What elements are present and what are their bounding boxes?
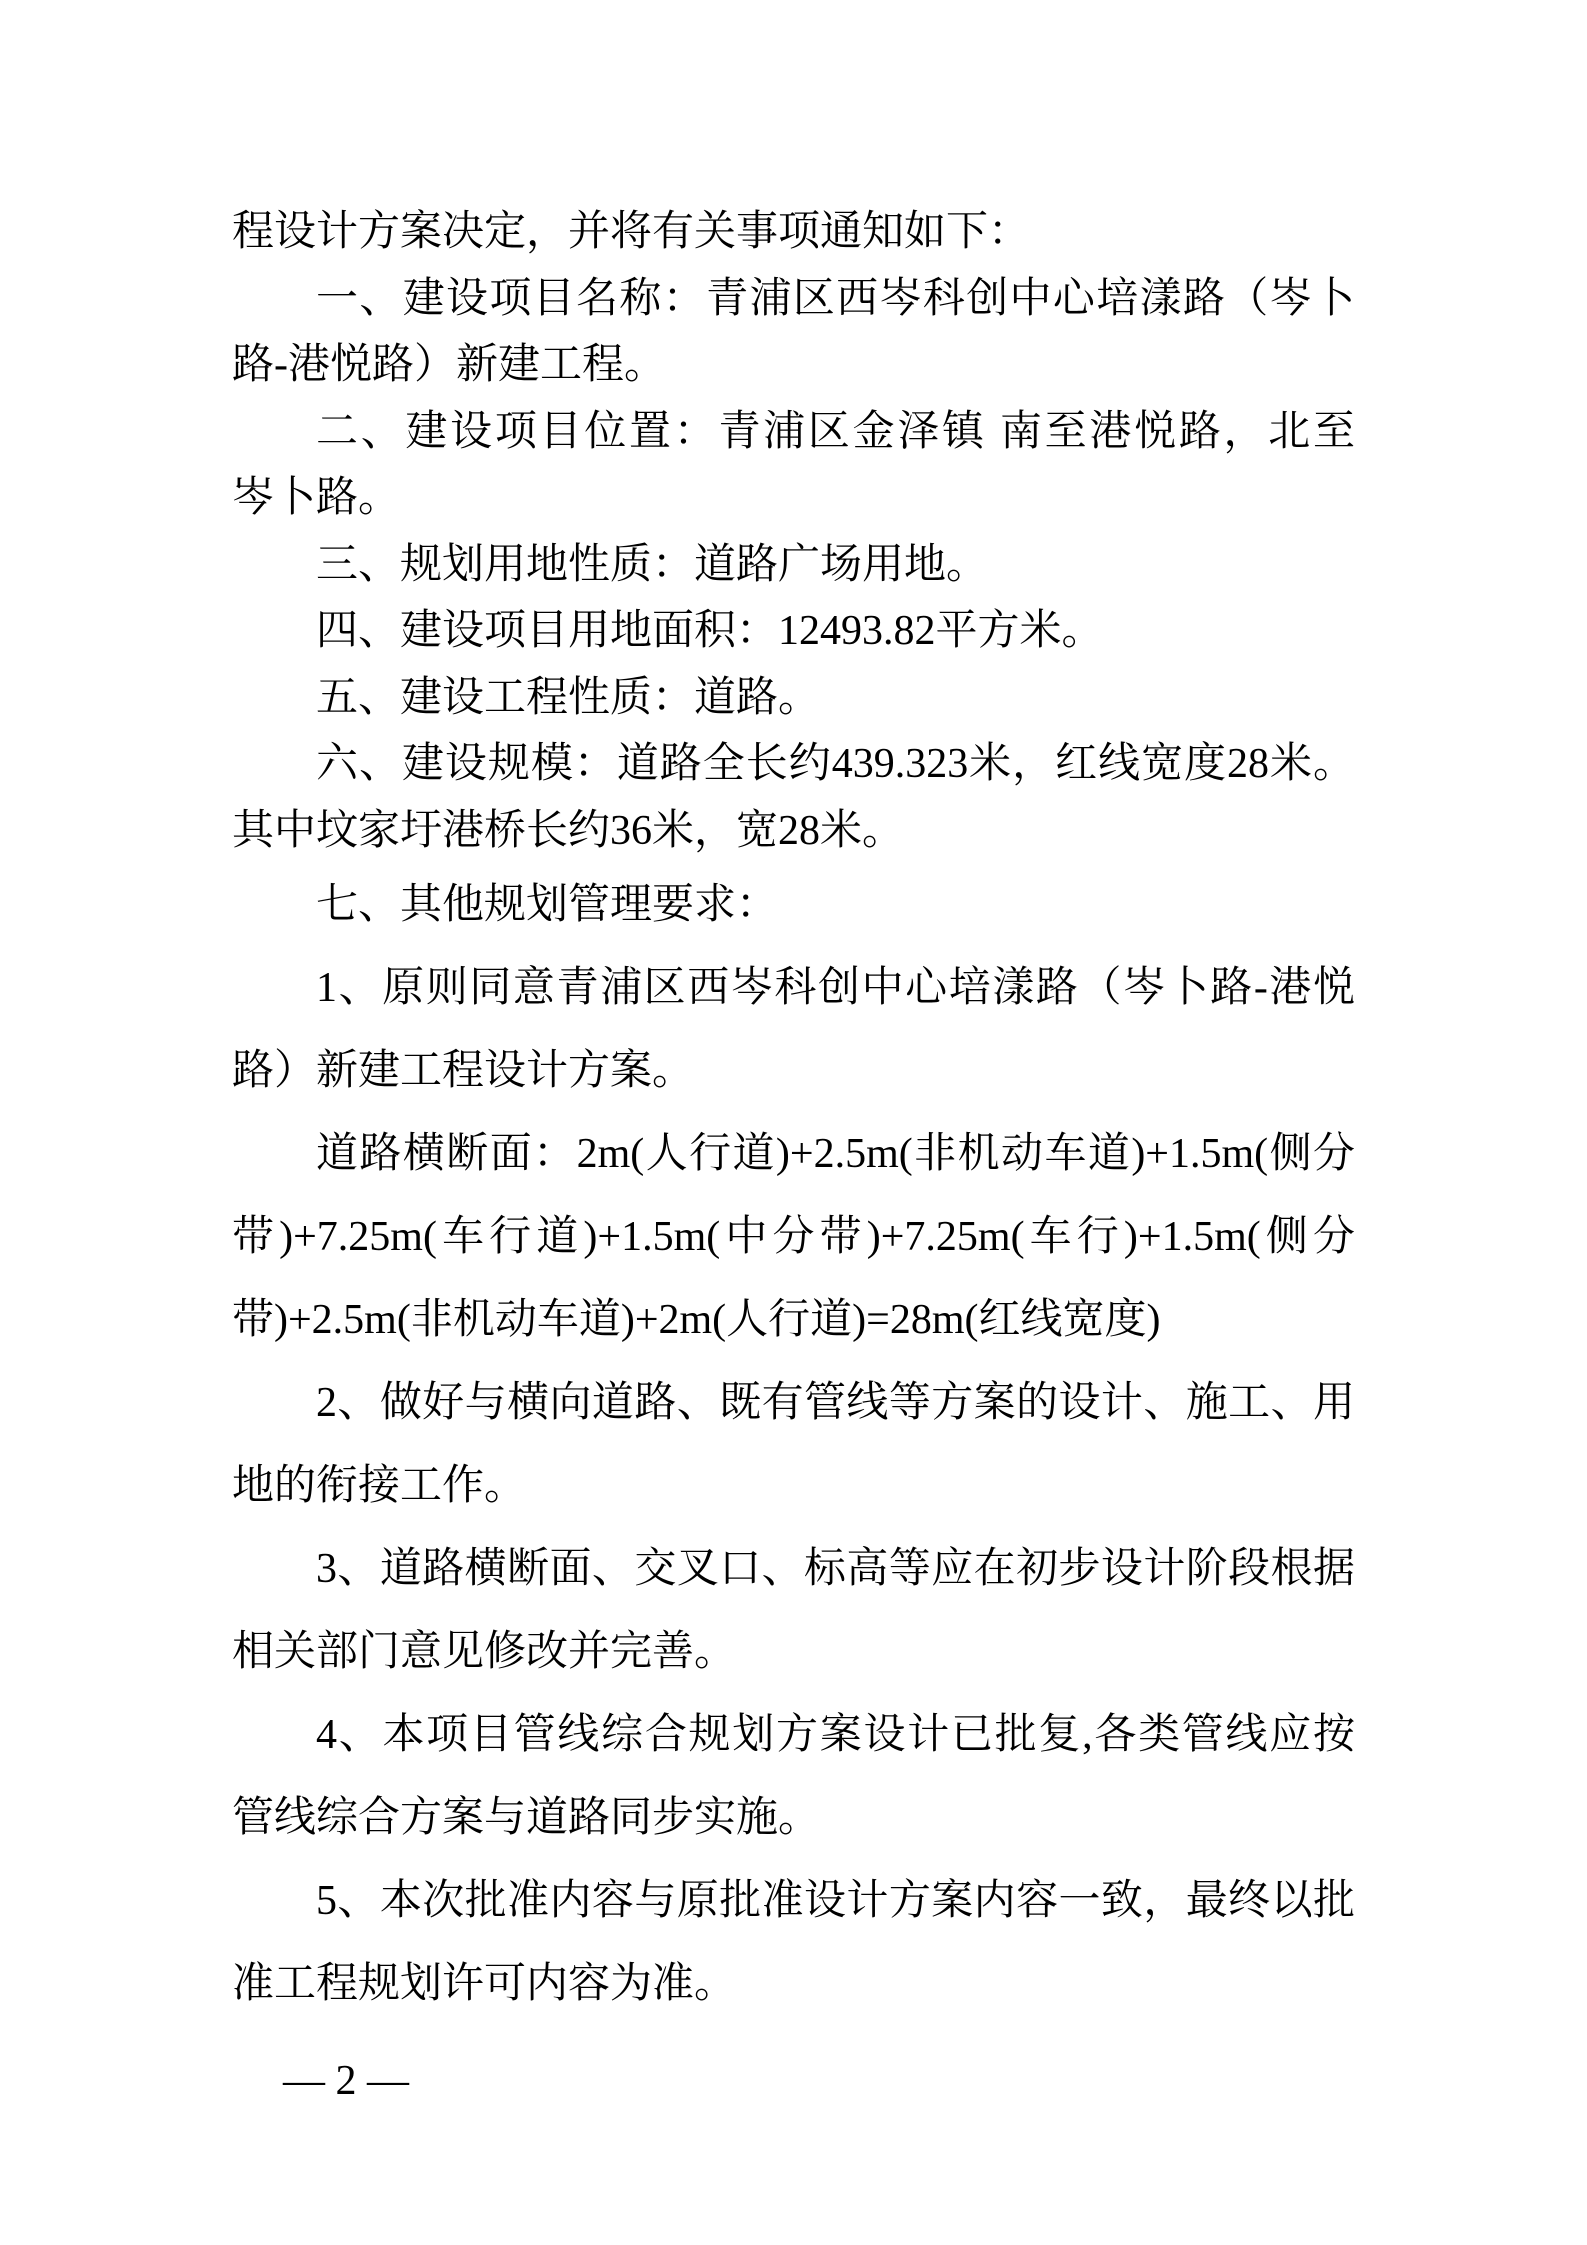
text-line: 六、建设规模：道路全长约439.323米，红线宽度28米。 (232, 731, 1355, 798)
text-line: 其中坟家圩港桥长约36米，宽28米。 (232, 798, 1355, 865)
text-line: 道路横断面：2m(人行道)+2.5m(非机动车道)+1.5m(侧分 (232, 1113, 1355, 1196)
text-line: 3、道路横断面、交叉口、标高等应在初步设计阶段根据 (232, 1528, 1355, 1611)
text-line: 程设计方案决定，并将有关事项通知如下： (232, 199, 1355, 266)
text-line: 五、建设工程性质：道路。 (232, 665, 1355, 732)
text-line: 地的衔接工作。 (232, 1445, 1355, 1528)
text-line: 准工程规划许可内容为准。 (232, 1943, 1355, 2026)
text-line: 带)+2.5m(非机动车道)+2m(人行道)=28m(红线宽度) (232, 1279, 1355, 1362)
text-line: 带)+7.25m(车行道)+1.5m(中分带)+7.25m(车行)+1.5m(侧… (232, 1196, 1355, 1279)
text-line: 5、本次批准内容与原批准设计方案内容一致，最终以批 (232, 1860, 1355, 1943)
text-line: 四、建设项目用地面积：12493.82平方米。 (232, 598, 1355, 665)
text-line: 三、规划用地性质：道路广场用地。 (232, 532, 1355, 599)
text-line: 二、建设项目位置：青浦区金泽镇 南至港悦路，北至 (232, 399, 1355, 466)
text-line: 1、原则同意青浦区西岑科创中心培漾路（岑卜路-港悦 (232, 947, 1355, 1030)
text-line: 4、本项目管线综合规划方案设计已批复,各类管线应按 (232, 1694, 1355, 1777)
text-line: 路-港悦路）新建工程。 (232, 332, 1355, 399)
text-line: 岑卜路。 (232, 465, 1355, 532)
text-line: 七、其他规划管理要求： (232, 864, 1355, 947)
text-line: 相关部门意见修改并完善。 (232, 1611, 1355, 1694)
text-line: 一、建设项目名称：青浦区西岑科创中心培漾路（岑卜 (232, 266, 1355, 333)
text-line: 路）新建工程设计方案。 (232, 1030, 1355, 1113)
text-line: 2、做好与横向道路、既有管线等方案的设计、施工、用 (232, 1362, 1355, 1445)
document-body: 程设计方案决定，并将有关事项通知如下： 一、建设项目名称：青浦区西岑科创中心培漾… (232, 199, 1355, 2026)
text-line: 管线综合方案与道路同步实施。 (232, 1777, 1355, 1860)
document-page: 程设计方案决定，并将有关事项通知如下： 一、建设项目名称：青浦区西岑科创中心培漾… (0, 0, 1587, 2245)
page-number: — 2 — (283, 2050, 409, 2112)
